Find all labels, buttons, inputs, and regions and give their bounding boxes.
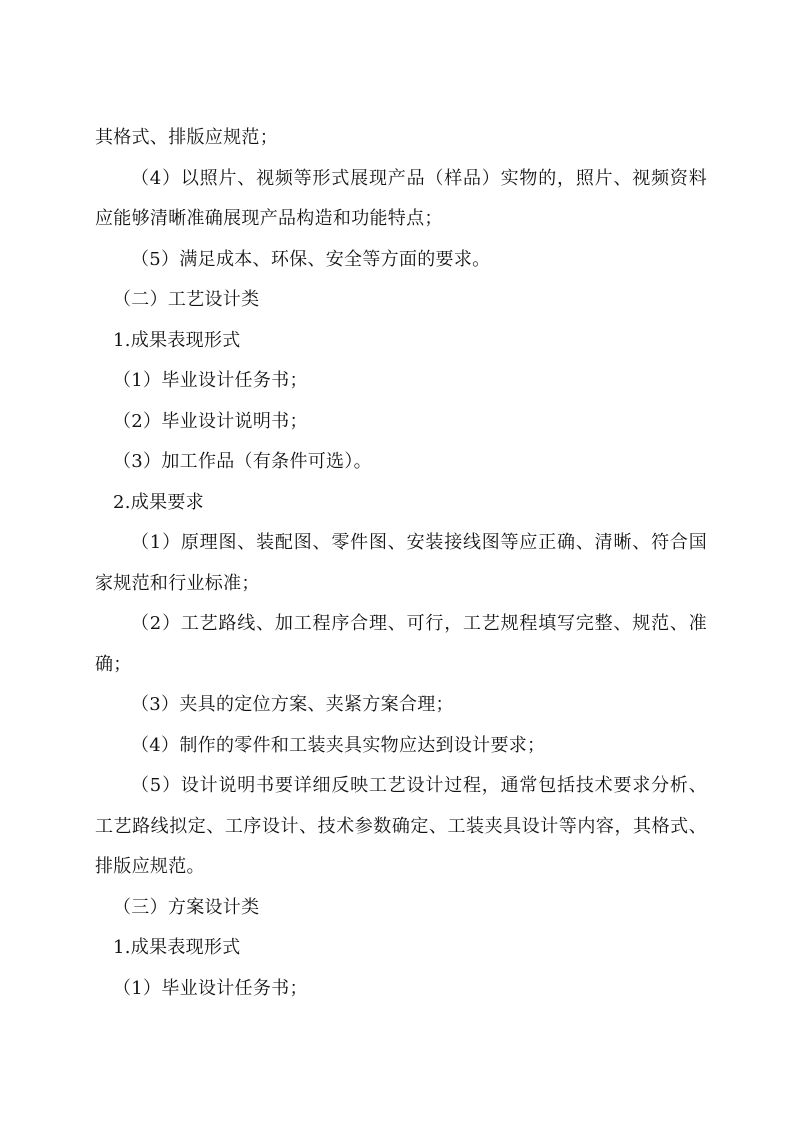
list-item-5: （5）设计说明书要详细反映工艺设计过程，通常包括技术要求分析、 (95, 766, 707, 807)
paragraph-continuation: 家规范和行业标准； (95, 564, 707, 605)
list-item-1: （1）毕业设计任务书； (95, 361, 707, 402)
list-item-3: （3）夹具的定位方案、夹紧方案合理； (95, 685, 707, 726)
list-item-3: （3）加工作品（有条件可选）。 (95, 442, 707, 483)
paragraph-continuation: 确； (95, 645, 707, 686)
section-heading: （二）工艺设计类 (95, 280, 707, 321)
subsection-heading: 1.成果表现形式 (95, 928, 707, 969)
list-item-2: （2）工艺路线、加工程序合理、可行，工艺规程填写完整、规范、准 (95, 604, 707, 645)
list-item-1: （1）原理图、装配图、零件图、安装接线图等应正确、清晰、符合国 (95, 523, 707, 564)
paragraph-continuation: 工艺路线拟定、工序设计、技术参数确定、工装夹具设计等内容，其格式、 (95, 807, 707, 848)
list-item-4: （4）以照片、视频等形式展现产品（样品）实物的，照片、视频资料 (95, 159, 707, 200)
subsection-heading: 1.成果表现形式 (95, 321, 707, 362)
paragraph-continuation: 应能够清晰准确展现产品构造和功能特点； (95, 199, 707, 240)
paragraph-continuation: 排版应规范。 (95, 847, 707, 888)
list-item-4: （4）制作的零件和工装夹具实物应达到设计要求； (95, 726, 707, 767)
subsection-heading: 2.成果要求 (95, 483, 707, 524)
list-item-1: （1）毕业设计任务书； (95, 969, 707, 1010)
list-item-5: （5）满足成本、环保、安全等方面的要求。 (95, 240, 707, 281)
list-item-2: （2）毕业设计说明书； (95, 402, 707, 443)
paragraph-continuation: 其格式、排版应规范； (95, 118, 707, 159)
section-heading: （三）方案设计类 (95, 888, 707, 929)
document-page: 其格式、排版应规范； （4）以照片、视频等形式展现产品（样品）实物的，照片、视频… (95, 118, 707, 1009)
